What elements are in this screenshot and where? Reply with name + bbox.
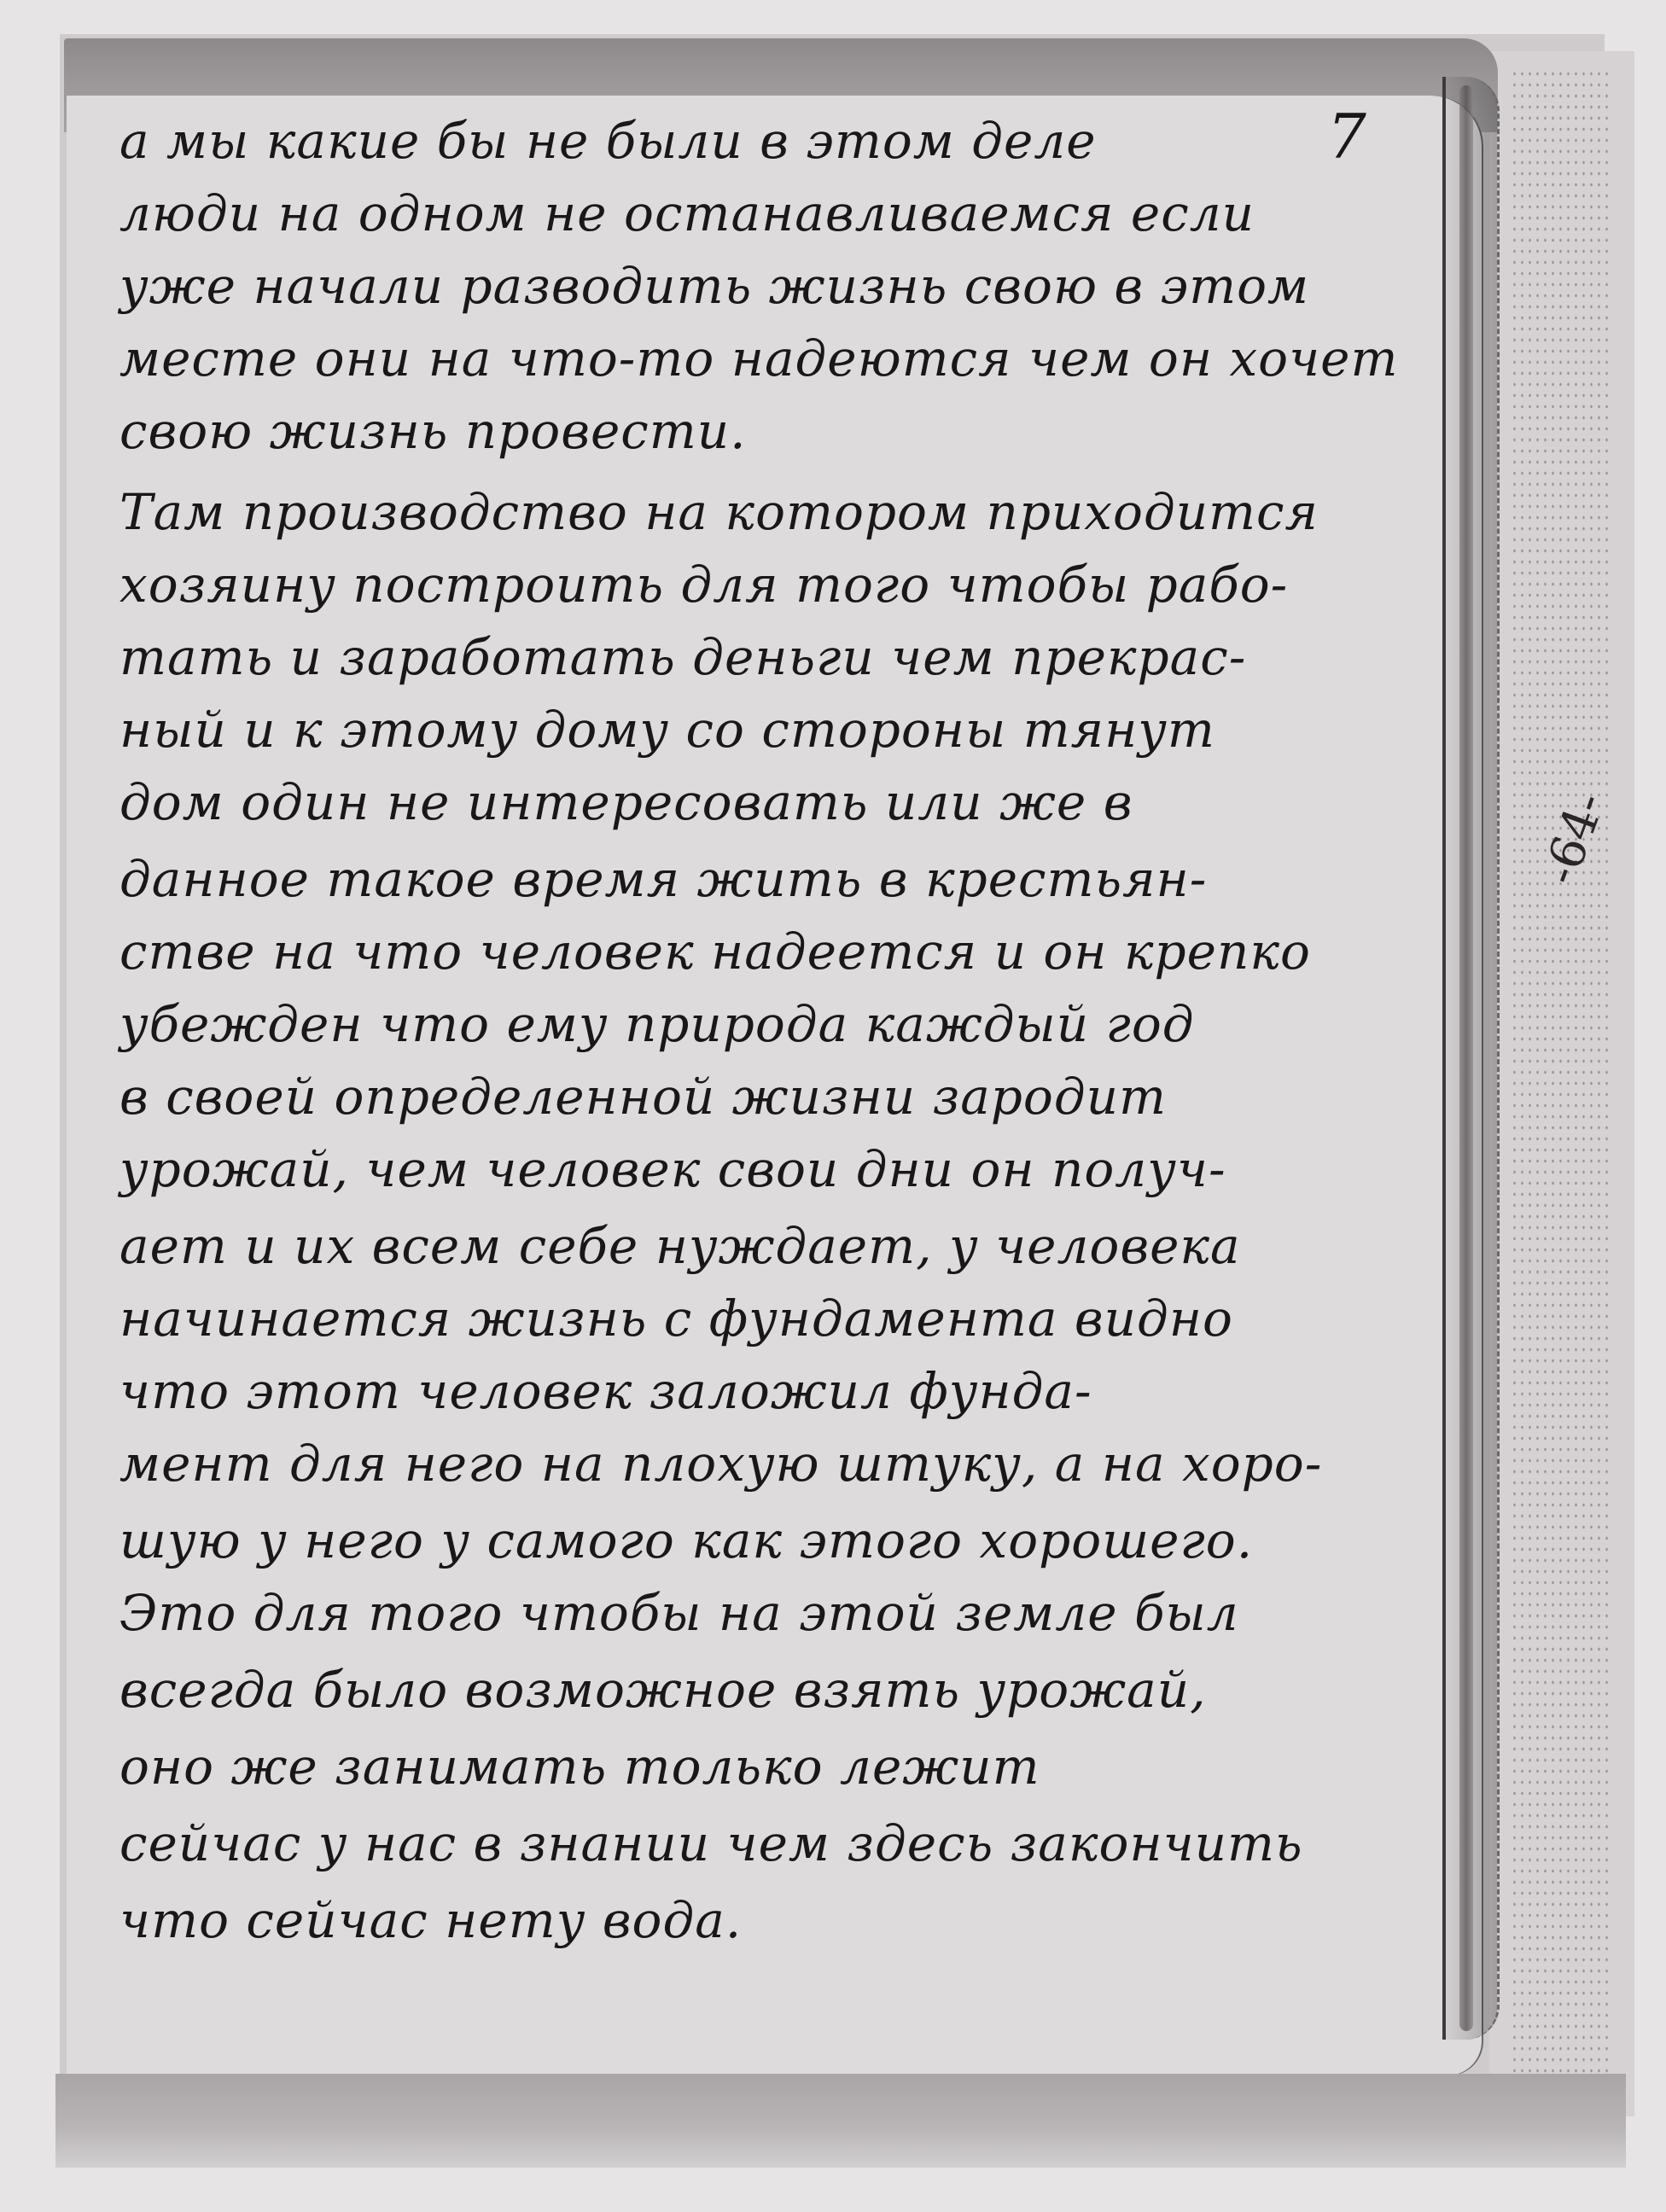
text-line: тать и заработать деньги чем прекрас- [119,627,1246,687]
text-line: стве на что человек надеется и он крепко [119,922,1311,981]
text-line: урожай, чем человек свои дни он получ- [119,1139,1226,1199]
text-line: всегда было возможное взять урожай, [119,1660,1207,1720]
text-line: оно же занимать только лежит [119,1737,1040,1796]
text-line: дом один не интересовать или же в [119,772,1133,832]
text-line: шую у него у самого как этого хорошего. [119,1511,1253,1570]
text-line: Это для того чтобы на этой земле был [119,1583,1239,1643]
bottom-shadow-band [55,2074,1626,2168]
page-number: 7 [1327,101,1366,172]
text-line: сейчас у нас в знании чем здесь закончит… [119,1813,1303,1873]
text-line: а мы какие бы не были в этом деле [119,111,1097,171]
text-line: мент для него на плохую штуку, а на хоро… [119,1434,1322,1493]
text-line: начинается жизнь с фундамента видно [119,1289,1233,1348]
text-line: в своей определенной жизни зародит [119,1067,1167,1126]
text-line: ает и их всем себе нуждает, у человека [119,1216,1241,1276]
text-line: месте они на что-то надеются чем он хоче… [119,329,1399,388]
text-line: что этот человек заложил фунда- [119,1361,1092,1421]
text-line: уже начали разводить жизнь свою в этом [119,256,1309,316]
text-line: Там производство на котором приходится [119,482,1319,542]
text-line: свою жизнь провести. [119,401,747,461]
toner-speckle [1511,68,1613,2116]
text-line: данное такое время жить в крестьян- [119,849,1207,909]
text-line: хозяину построить для того чтобы рабо- [119,555,1288,614]
text-line: ный и к этому дому со стороны тянут [119,700,1215,760]
text-line: убежден что ему природа каждый год [119,994,1195,1054]
text-line: люди на одном не останавливаемся если [119,183,1255,243]
binding-shadow [1459,85,1473,2031]
text-line: что сейчас нету вода. [119,1890,742,1950]
